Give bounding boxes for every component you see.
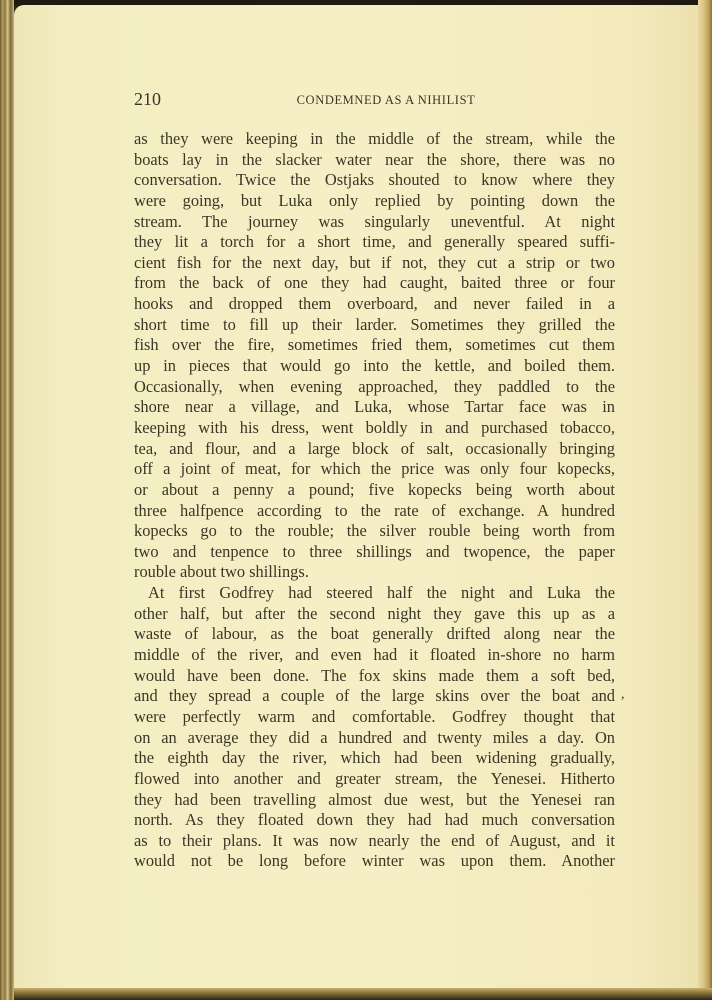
- text-line: At first Godfrey had steered half the ni…: [134, 583, 615, 604]
- running-title: CONDEMNED AS A NIHILIST: [134, 93, 614, 108]
- text-line: as to their plans. It was now nearly the…: [134, 831, 615, 852]
- text-line: hooks and dropped them overboard, and ne…: [134, 294, 615, 315]
- text-line: other half, but after the second night t…: [134, 604, 615, 625]
- text-line: fish over the fire, sometimes fried them…: [134, 335, 615, 356]
- book-binding-edge: [0, 0, 14, 1000]
- text-line: rouble about two shillings.: [134, 562, 615, 583]
- text-line: up in pieces that would go into the kett…: [134, 356, 615, 377]
- text-line: as they were keeping in the middle of th…: [134, 129, 615, 150]
- page-bottom-edge: [14, 988, 712, 1000]
- text-line: would have been done. The fox skins made…: [134, 666, 615, 687]
- text-line: north. As they floated down they had had…: [134, 810, 615, 831]
- text-line: conversation. Twice the Ostjaks shouted …: [134, 170, 615, 191]
- text-line: middle of the river, and even had it flo…: [134, 645, 615, 666]
- text-line: from the back of one they had caught, ba…: [134, 273, 615, 294]
- text-line: kopecks go to the rouble; the silver rou…: [134, 521, 615, 542]
- body-text: as they were keeping in the middle of th…: [134, 129, 615, 872]
- text-line: waste of labour, as the boat generally d…: [134, 624, 615, 645]
- text-line: short time to fill up their larder. Some…: [134, 315, 615, 336]
- text-line: they lit a torch for a short time, and g…: [134, 232, 615, 253]
- running-head: 210 CONDEMNED AS A NIHILIST: [134, 89, 614, 113]
- text-line: keeping with his dress, went boldly in a…: [134, 418, 615, 439]
- text-line: flowed into another and greater stream, …: [134, 769, 615, 790]
- text-line: tea, and flour, and a large block of sal…: [134, 439, 615, 460]
- text-line: on an average they did a hundred and twe…: [134, 728, 615, 749]
- text-line: two and tenpence to three shillings and …: [134, 542, 615, 563]
- text-line: cient fish for the next day, but if not,…: [134, 253, 615, 274]
- page-right-edge: [698, 0, 712, 1000]
- text-line: or about a penny a pound; five kopecks b…: [134, 480, 615, 501]
- stray-mark: ,: [621, 687, 625, 703]
- text-line: they had been travelling almost due west…: [134, 790, 615, 811]
- text-line: stream. The journey was singularly uneve…: [134, 212, 615, 233]
- text-line: Occasionally, when evening approached, t…: [134, 377, 615, 398]
- text-line: were perfectly warm and comfortable. God…: [134, 707, 615, 728]
- text-line: the eighth day the river, which had been…: [134, 748, 615, 769]
- text-line: would not be long before winter was upon…: [134, 851, 615, 872]
- text-line: shore near a village, and Luka, whose Ta…: [134, 397, 615, 418]
- text-line: off a joint of meat, for which the price…: [134, 459, 615, 480]
- text-line: were going, but Luka only replied by poi…: [134, 191, 615, 212]
- text-line: and they spread a couple of the large sk…: [134, 686, 615, 707]
- text-line: boats lay in the slacker water near the …: [134, 150, 615, 171]
- text-line: three halfpence according to the rate of…: [134, 501, 615, 522]
